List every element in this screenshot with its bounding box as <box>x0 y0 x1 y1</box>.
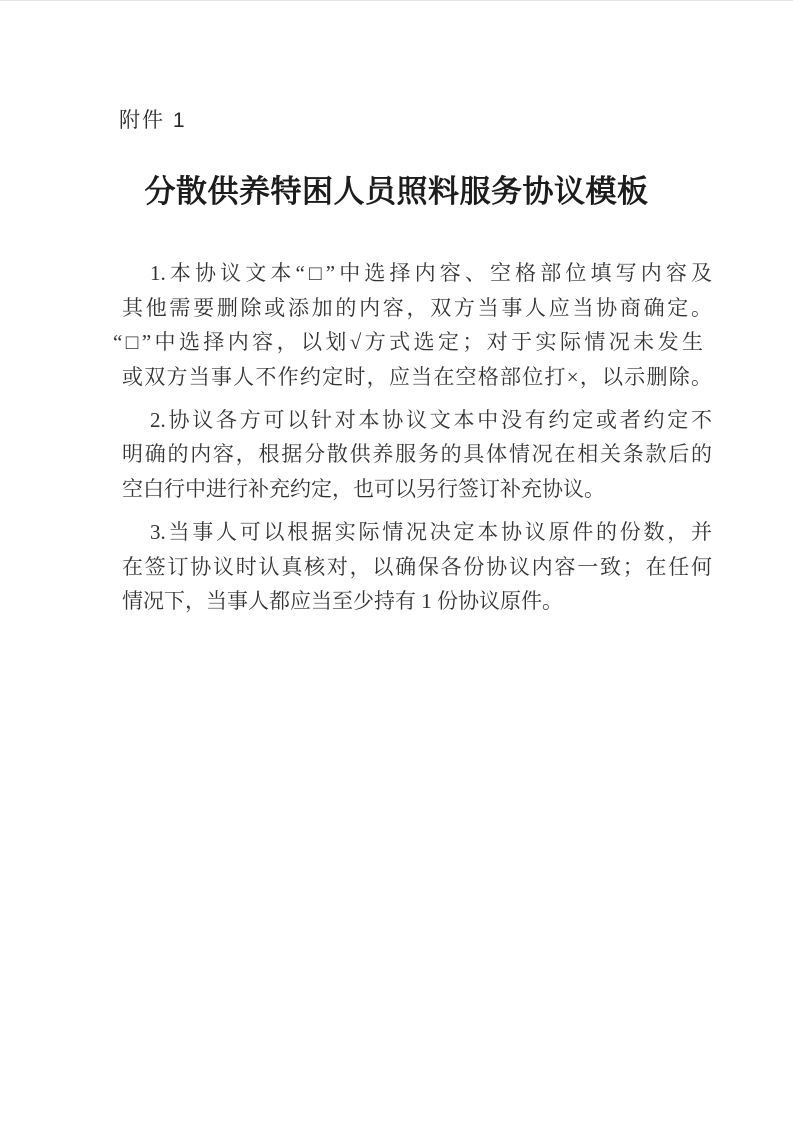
paragraph-line: 3.当事人可以根据实际情况决定本协议原件的份数，并 <box>122 515 712 550</box>
paragraph-line: 明确的内容，根据分散供养服务的具体情况在相关条款后的 <box>122 437 712 472</box>
paragraph-line: “□”中选择内容，以划√方式选定；对于实际情况未发生 <box>113 325 703 360</box>
paragraph-line: 2.协议各方可以针对本协议文本中没有约定或者约定不 <box>122 403 712 438</box>
paragraph-3: 3.当事人可以根据实际情况决定本协议原件的份数，并 在签订协议时认真核对，以确保… <box>122 515 712 619</box>
paragraph-line: 其他需要删除或添加的内容，双方当事人应当协商确定。 <box>122 291 712 326</box>
paragraph-2: 2.协议各方可以针对本协议文本中没有约定或者约定不 明确的内容，根据分散供养服务… <box>122 403 712 507</box>
paragraph-line: 空白行中进行补充约定，也可以另行签订补充协议。 <box>122 472 712 507</box>
document-body: 1.本协议文本“□”中选择内容、空格部位填写内容及 其他需要删除或添加的内容，双… <box>122 256 712 619</box>
attachment-label: 附件 1 <box>119 104 187 134</box>
paragraph-line: 在签订协议时认真核对，以确保各份协议内容一致；在任何 <box>122 550 712 585</box>
page-title: 分散供养特困人员照料服务协议模板 <box>0 166 793 211</box>
paragraph-1: 1.本协议文本“□”中选择内容、空格部位填写内容及 其他需要删除或添加的内容，双… <box>122 256 712 394</box>
paragraph-line: 1.本协议文本“□”中选择内容、空格部位填写内容及 <box>122 256 712 291</box>
document-page: 附件 1 分散供养特困人员照料服务协议模板 1.本协议文本“□”中选择内容、空格… <box>0 0 793 1122</box>
paragraph-line: 情况下，当事人都应当至少持有 1 份协议原件。 <box>122 584 712 619</box>
paragraph-line: 或双方当事人不作约定时，应当在空格部位打×，以示删除。 <box>122 360 712 395</box>
